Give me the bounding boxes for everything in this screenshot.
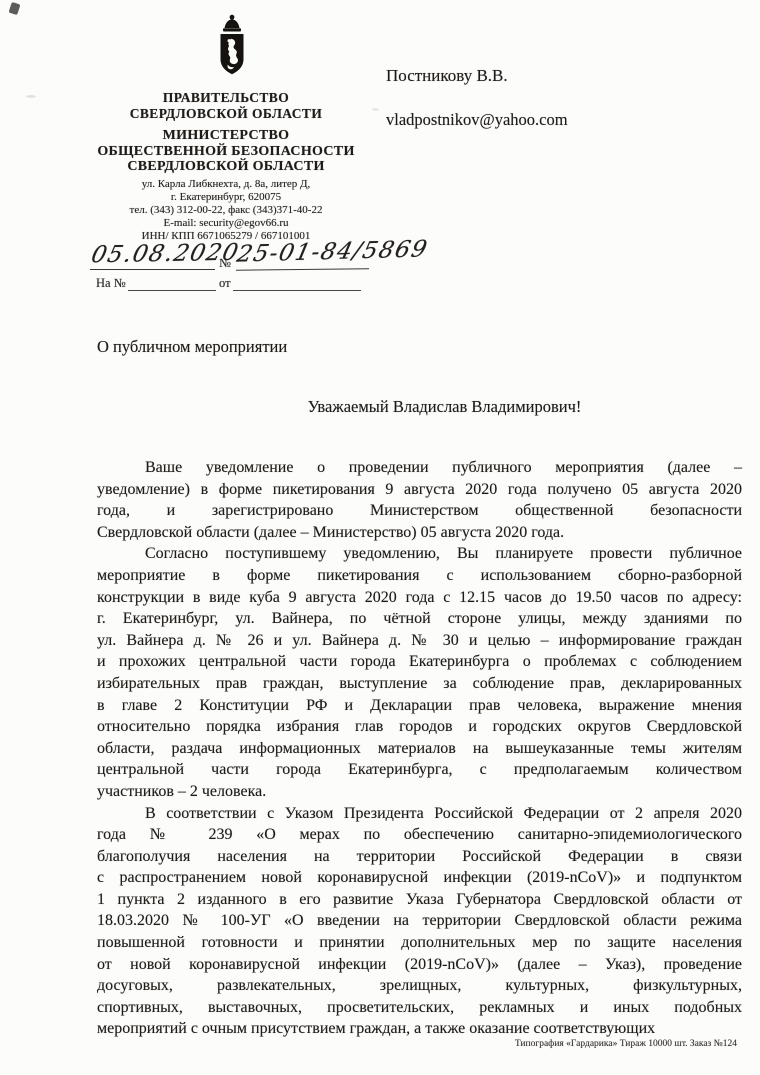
incoming-from-label: от [219,276,231,291]
addressee-name: Постникову В.В. [386,66,716,86]
printer-imprint: Типография «Гардарика» Тираж 10000 шт. З… [515,1039,737,1049]
incoming-ref-blank [128,290,216,291]
scan-artifact [9,2,21,15]
ministry-name: МИНИСТЕРСТВООБЩЕСТВЕННОЙ БЕЗОПАСНОСТИСВЕ… [40,128,412,175]
scanned-letter-page: ПРАВИТЕЛЬСТВОСВЕРДЛОВСКОЙ ОБЛАСТИ МИНИСТ… [0,0,760,1075]
government-name: ПРАВИТЕЛЬСТВОСВЕРДЛОВСКОЙ ОБЛАСТИ [40,90,412,122]
body-paragraph: Ваше уведомление о проведении публичного… [97,457,742,543]
incoming-ref-label: На № [96,276,126,291]
letter-body: Ваше уведомление о проведении публичного… [97,457,742,1040]
salutation: Уважаемый Владислав Владимирович! [97,397,742,417]
outgoing-number-handwritten: 25-01-84/5869 [235,236,431,267]
date-underline [90,269,215,270]
addressee-email: vladpostnikov@yahoo.com [386,110,716,130]
subject-line: О публичном мероприятии [97,337,287,357]
ministry-contact-block: ул. Карла Либкнехта, д. 8а, литер Д,г. Е… [40,178,412,243]
number-underline [236,268,369,270]
scan-artifact [26,95,36,98]
body-paragraph: Согласно поступившему уведомлению, Вы пл… [97,543,742,802]
number-sign-label: № [219,256,231,271]
body-paragraph: В соответствии с Указом Президента Росси… [97,803,742,1041]
coat-of-arms-icon [213,14,251,84]
incoming-from-blank [233,290,361,291]
